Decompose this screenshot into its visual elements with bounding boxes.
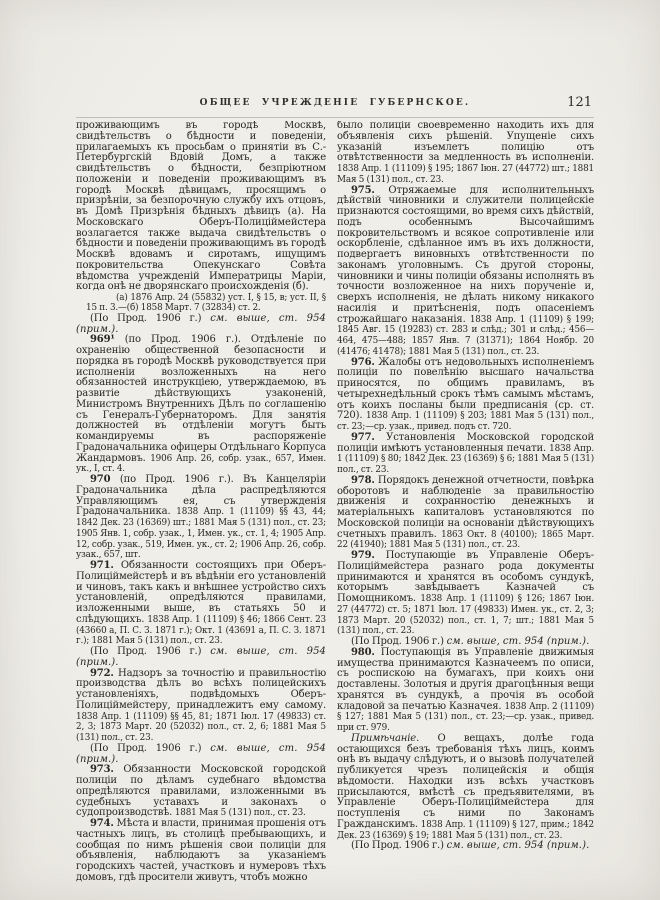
page-number: 121 [567, 95, 592, 110]
article-number: 972. [90, 668, 114, 679]
article-number: 978. [351, 475, 375, 486]
article-number: 977. [351, 432, 375, 443]
article-number: 980. [351, 647, 375, 658]
text-column-right: было полиціи своевременно находить ихъ д… [337, 121, 594, 883]
citation-text: 1881 Мая 5 (131) пол., ст. 23. [175, 808, 306, 818]
continuation-note: (По Прод. 1906 г.) см. выше, ст. 954 (пр… [337, 841, 594, 852]
paragraph: 977. Установленія Московской городской п… [337, 433, 594, 476]
paragraph: 979. Поступающіе въ Управленіе Оберъ-Пол… [337, 551, 594, 637]
body-text: (По Прод. 1906 г.) [351, 840, 447, 851]
paragraph: 973. Обязанности Московской городской по… [76, 765, 326, 819]
body-text: было полиціи своевременно находить ихъ д… [337, 121, 594, 163]
text-column-left: проживающимъ въ городѣ Москвѣ, свидѣтель… [76, 121, 326, 883]
paragraph: 976. Жалобы отъ недовольныхъ исполненіем… [337, 358, 594, 433]
article-number: 974. [90, 818, 114, 829]
citation-block: (а) 1876 Апр. 24 (55832) уст. I, § 15, в… [76, 293, 326, 314]
body-text: проживающимъ въ городѣ Москвѣ, свидѣтель… [76, 121, 326, 292]
body-text: Примѣчаніе. [351, 733, 419, 744]
paragraph: 975. Отряжаемые для исполнительныхъ дѣйс… [337, 186, 594, 358]
continuation-note: (По Прод. 1906 г.) см. выше, ст. 954 (пр… [76, 314, 326, 336]
body-text: (По Прод. 1906 г.) [90, 313, 210, 324]
body-text: см. выше, ст. 954 (прим.). [447, 840, 590, 851]
continuation-note: (По Прод. 1906 г.) см. выше, ст. 954 (пр… [76, 744, 326, 766]
article-number: 975. [351, 185, 375, 196]
citation-text: (а) 1876 Апр. 24 (55832) уст. I, § 15, в… [86, 293, 326, 313]
paragraph: проживающимъ въ городѣ Москвѣ, свидѣтель… [76, 121, 326, 293]
scanned-book-page: ОБЩЕЕ УЧРЕЖДЕНІЕ ГУБЕРНСКОЕ. 121 прожива… [0, 0, 660, 900]
paragraph: 969¹ (по Прод. 1906 г.). Отдѣленіе по ох… [76, 335, 326, 475]
citation-text: 1838 Апр. 1 (11109) § 203; 1881 Мая 5 (1… [337, 411, 594, 432]
paragraph: 980. Поступающія въ Управленіе движимыя … [337, 648, 594, 734]
body-text: Мѣста и власти, принимая прошенія отъ ча… [76, 818, 326, 883]
running-header-title: ОБЩЕЕ УЧРЕЖДЕНІЕ ГУБЕРНСКОЕ. [76, 98, 594, 108]
body-text: (По Прод. 1906 г.) [351, 636, 447, 647]
body-text: см. выше, ст. 954 (прим.). [447, 636, 590, 647]
article-number: 979. [351, 550, 375, 561]
paragraph: 970 (по Прод. 1906 г.). Въ Канцеляріи Гр… [76, 475, 326, 561]
body-text: Надзоръ за точностію и правильностію про… [76, 668, 326, 711]
citation-text: 1838 Апр. 1 (11109) §§ 45, 81; 1871 Іюл.… [76, 712, 326, 744]
body-text: (По Прод. 1906 г.) [90, 646, 210, 657]
continuation-note: (По Прод. 1906 г.) см. выше, ст. 954 (пр… [76, 647, 326, 669]
paragraph: Примѣчаніе. О вещахъ, долѣе года остающи… [337, 734, 594, 842]
article-number: 971. [90, 560, 114, 571]
paragraph: 971. Обязанности состоящихъ при Оберъ-По… [76, 561, 326, 647]
article-number: 973. [90, 764, 114, 775]
article-number: 970 [90, 474, 110, 485]
paragraph: было полиціи своевременно находить ихъ д… [337, 121, 594, 186]
body-text: (по Прод. 1906 г.). Отдѣленіе по охранен… [76, 334, 326, 463]
article-number: 969¹ [90, 334, 115, 345]
paragraph: 978. Порядокъ денежной отчетности, повѣр… [337, 476, 594, 551]
paragraph: 974. Мѣста и власти, принимая прошенія о… [76, 819, 326, 883]
article-number: 976. [351, 357, 375, 368]
body-text: (По Прод. 1906 г.) [90, 743, 210, 754]
body-text: О вещахъ, долѣе года остающихся безъ тре… [337, 733, 594, 830]
body-text: Отряжаемые для исполнительныхъ дѣйствій … [337, 185, 594, 325]
paragraph: 972. Надзоръ за точностію и правильності… [76, 669, 326, 744]
running-header-row: ОБЩЕЕ УЧРЕЖДЕНІЕ ГУБЕРНСКОЕ. 121 [76, 95, 594, 118]
citation-text: 1838 Апр. 1 (11109) § 195; 1867 Іюн. 27 … [337, 164, 594, 185]
